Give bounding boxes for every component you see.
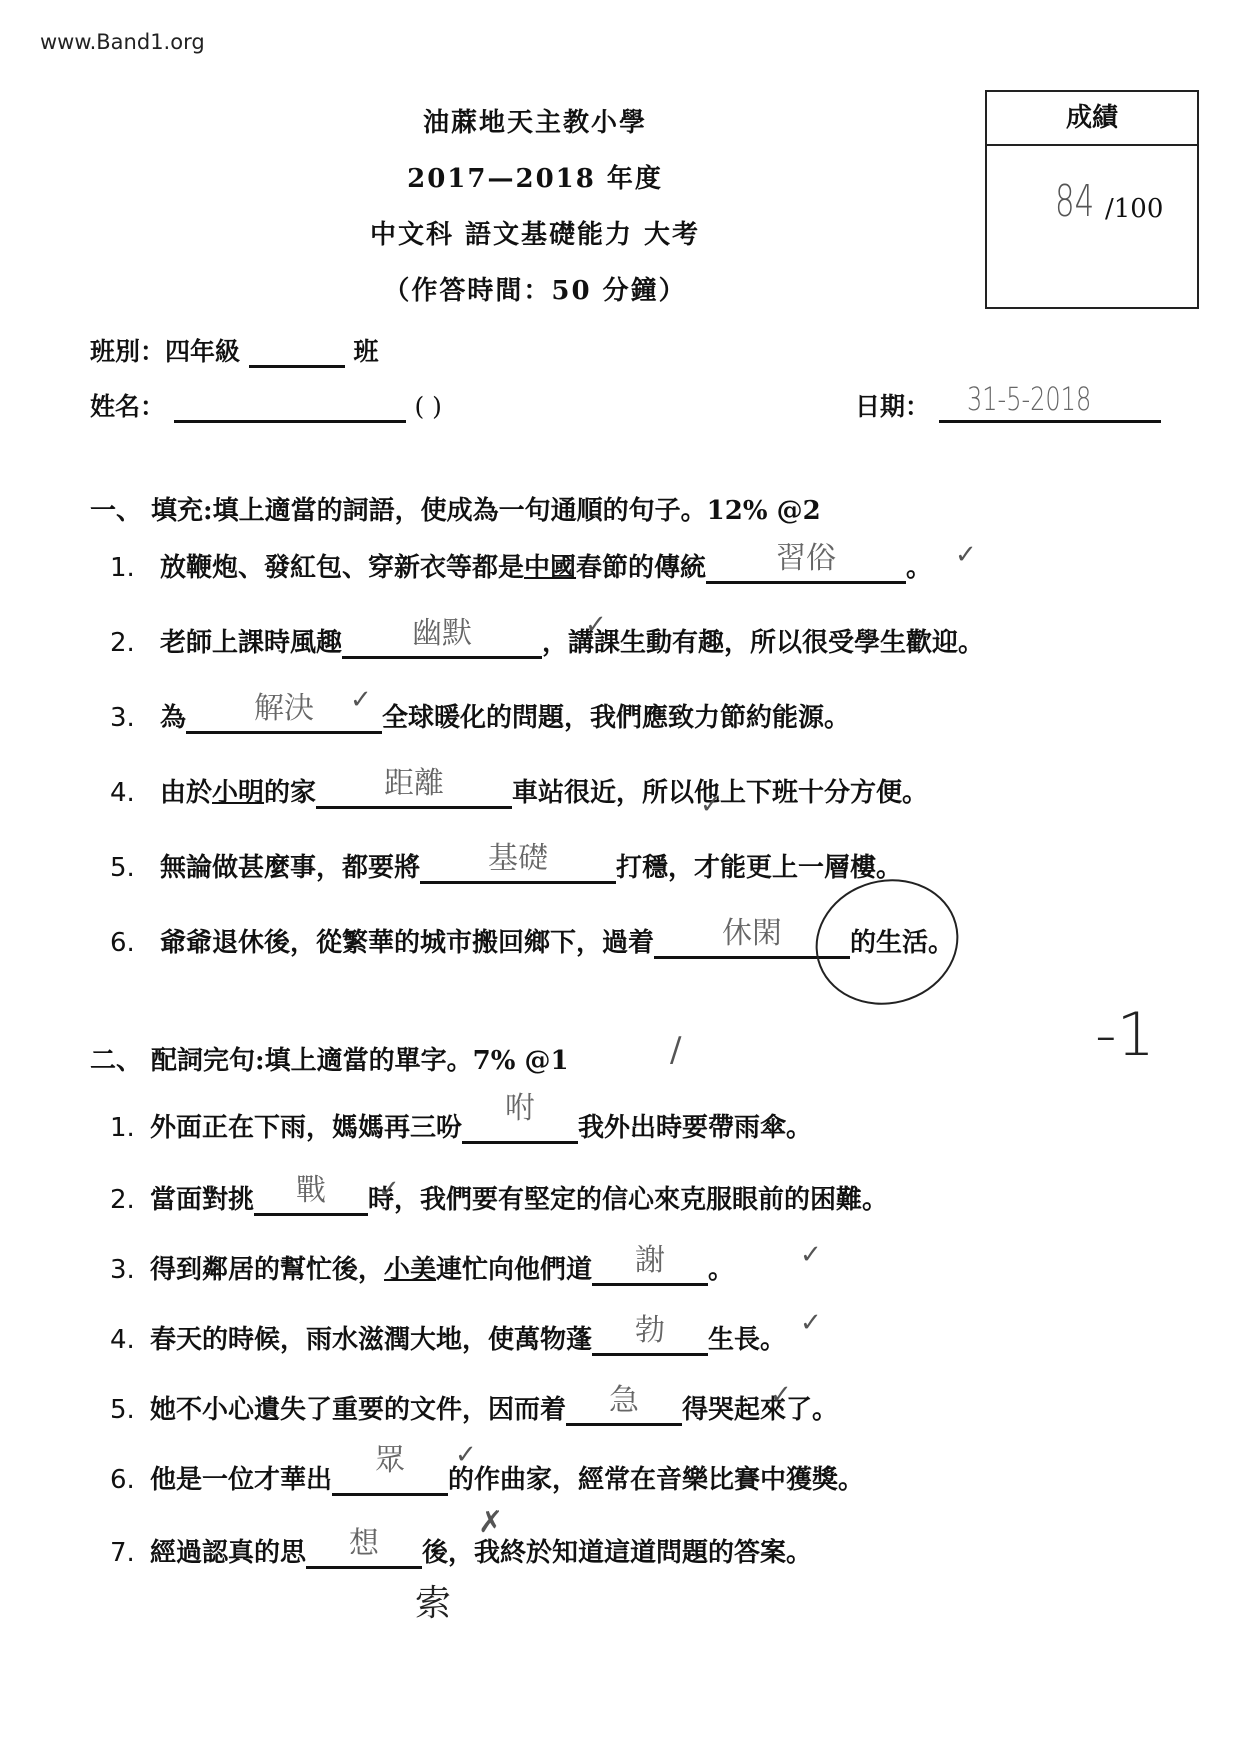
cross-icon: ✗ bbox=[478, 1505, 503, 1540]
name-field[interactable] bbox=[174, 392, 406, 423]
check-icon: ✓ bbox=[455, 1440, 477, 1470]
answer-field[interactable]: 戰 bbox=[254, 1179, 368, 1216]
score-box: 成績 84 /100 bbox=[985, 90, 1199, 309]
exam-duration: （作答時間：50 分鐘） bbox=[0, 270, 1070, 307]
score-label: 成績 bbox=[987, 92, 1197, 146]
date-value: 31-5-2018 bbox=[967, 380, 1091, 418]
date-label: 日期： bbox=[855, 392, 930, 421]
name-label: 姓名： bbox=[90, 392, 165, 421]
school-year: 2017—2018 年度 bbox=[0, 158, 1070, 195]
answer-field[interactable]: 距離 bbox=[316, 772, 512, 809]
answer-field[interactable]: 咐 bbox=[462, 1107, 578, 1144]
s1-item-3: 3.為解決全球暖化的問題，我們應致力節約能源。 bbox=[110, 697, 850, 734]
s2-item-2: 2.當面對挑戰時，我們要有堅定的信心來克服眼前的困難。 bbox=[110, 1179, 888, 1216]
s1-item-1: 1.放鞭炮、發紅包、穿新衣等都是中國春節的傳統習俗。 bbox=[110, 547, 932, 584]
s1-item-5: 5.無論做甚麼事，都要將基礎打穩，才能更上一層樓。 bbox=[110, 847, 902, 884]
watermark: www.Band1.org bbox=[40, 30, 205, 54]
answer-field[interactable]: 謝 bbox=[592, 1249, 708, 1286]
answer-field[interactable]: 習俗 bbox=[706, 547, 906, 584]
score-total: /100 bbox=[1105, 194, 1163, 224]
class-row: 班別：四年級 班 bbox=[90, 332, 378, 368]
exam-title: 中文科 語文基礎能力 大考 bbox=[0, 214, 1070, 251]
date-field[interactable]: 31-5-2018 bbox=[939, 390, 1161, 423]
check-icon: ✓ bbox=[585, 610, 607, 640]
class-suffix: 班 bbox=[353, 337, 378, 366]
section1-title: 一、 填充:填上適當的詞語，使成為一句通順的句子。12% @2 bbox=[90, 490, 821, 527]
check-icon: ✓ bbox=[350, 685, 372, 715]
s2-item-6: 6.他是一位才華出眾的作曲家，經常在音樂比賽中獲獎。 bbox=[110, 1459, 864, 1496]
class-field[interactable] bbox=[249, 337, 345, 368]
check-icon: ✓ bbox=[700, 790, 722, 820]
answer-field[interactable]: 眾 bbox=[332, 1459, 448, 1496]
section2-title: 二、 配詞完句:填上適當的單字。7% @1 bbox=[90, 1040, 569, 1077]
date-row: 日期： 31-5-2018 bbox=[855, 387, 1161, 423]
answer-field[interactable]: 基礎 bbox=[420, 847, 616, 884]
s2-item-5: 5.她不小心遺失了重要的文件，因而着急得哭起來了。 bbox=[110, 1389, 838, 1426]
grade: 四年級 bbox=[165, 337, 240, 366]
s2-item-4: 4.春天的時候，雨水滋潤大地，使萬物蓬勃生長。 bbox=[110, 1319, 786, 1356]
check-icon: ✓ bbox=[800, 1308, 822, 1338]
correction-text: 索 bbox=[415, 1575, 451, 1626]
check-icon: / bbox=[670, 1030, 681, 1070]
class-label: 班別： bbox=[90, 337, 165, 366]
s1-item-4: 4.由於小明的家距離車站很近，所以他上下班十分方便。 bbox=[110, 772, 928, 809]
circle-mark bbox=[801, 863, 972, 1020]
check-icon: ✓ bbox=[955, 540, 977, 570]
answer-field[interactable]: 勃 bbox=[592, 1319, 708, 1356]
answer-field[interactable]: 想 bbox=[306, 1532, 422, 1569]
check-icon: ✓ bbox=[770, 1380, 792, 1410]
answer-field[interactable]: 幽默 bbox=[342, 622, 542, 659]
s2-item-3: 3.得到鄰居的幫忙後，小美連忙向他們道謝。 bbox=[110, 1249, 734, 1286]
s2-item-7: 7.經過認真的思想後，我終於知道這道問題的答案。 bbox=[110, 1532, 812, 1569]
deduction-mark: -1 bbox=[1095, 1000, 1155, 1070]
school-name: 油蔴地天主教小學 bbox=[0, 102, 1070, 139]
name-row: 姓名： ( ) bbox=[90, 387, 442, 423]
student-number[interactable]: ( ) bbox=[414, 392, 441, 421]
score-value: 84 bbox=[1055, 176, 1094, 227]
check-icon: ✓ bbox=[800, 1240, 822, 1270]
answer-field[interactable]: 急 bbox=[566, 1389, 682, 1426]
s2-item-1: 1.外面正在下雨，媽媽再三吩咐我外出時要帶雨傘。 bbox=[110, 1107, 812, 1144]
s1-item-2: 2.老師上課時風趣幽默，講課生動有趣，所以很受學生歡迎。 bbox=[110, 622, 984, 659]
check-icon: ✓ bbox=[378, 1175, 400, 1205]
